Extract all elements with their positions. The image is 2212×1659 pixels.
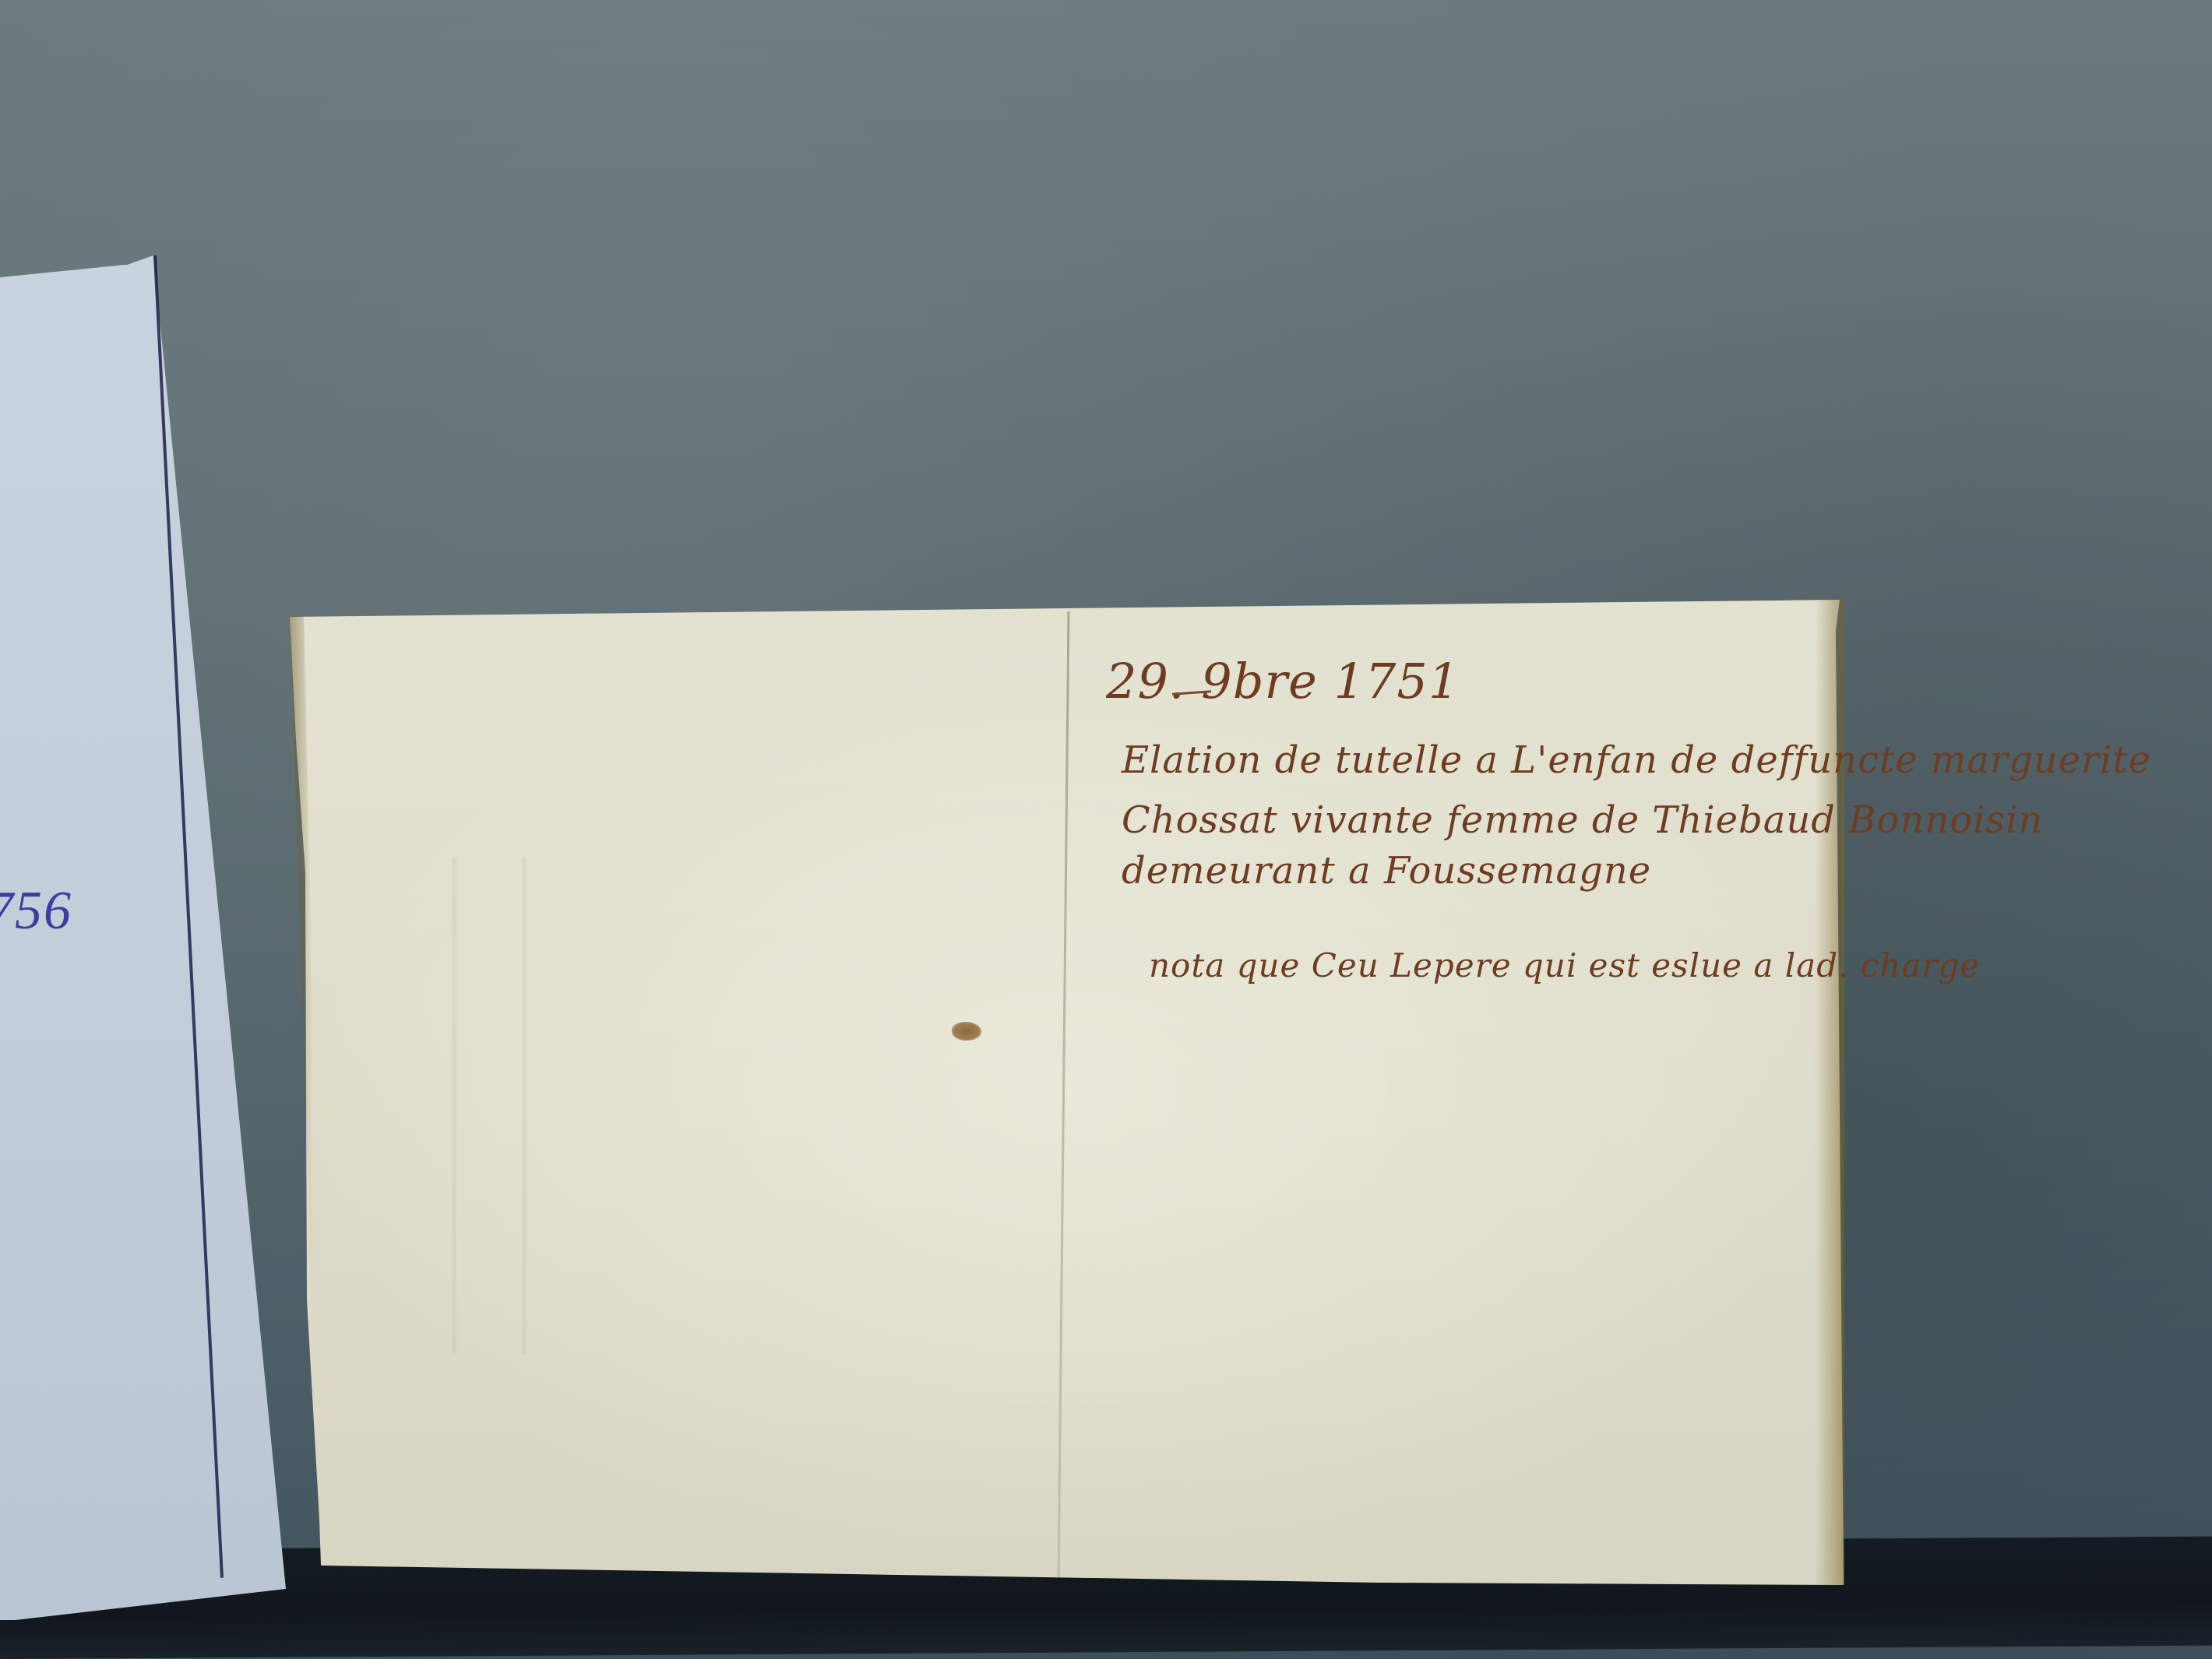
manuscript-line-2: Chossat vivante femme de Thiebaud Bonnoi… (1122, 798, 2043, 842)
manuscript-date: 29. 9bre 1751 (1106, 653, 1460, 710)
manuscript-note: nota que Ceu Lepere qui est eslue a lad.… (1149, 946, 1980, 984)
manuscript-line-1: Elation de tutelle a L'enfan de deffunct… (1122, 738, 2151, 782)
wax-seal-remnant (952, 1022, 981, 1041)
call-number: 756 (0, 880, 72, 942)
manuscript-line-3: demeurant a Foussemagne (1122, 849, 1651, 893)
manuscript-bleedthrough (421, 857, 592, 1355)
